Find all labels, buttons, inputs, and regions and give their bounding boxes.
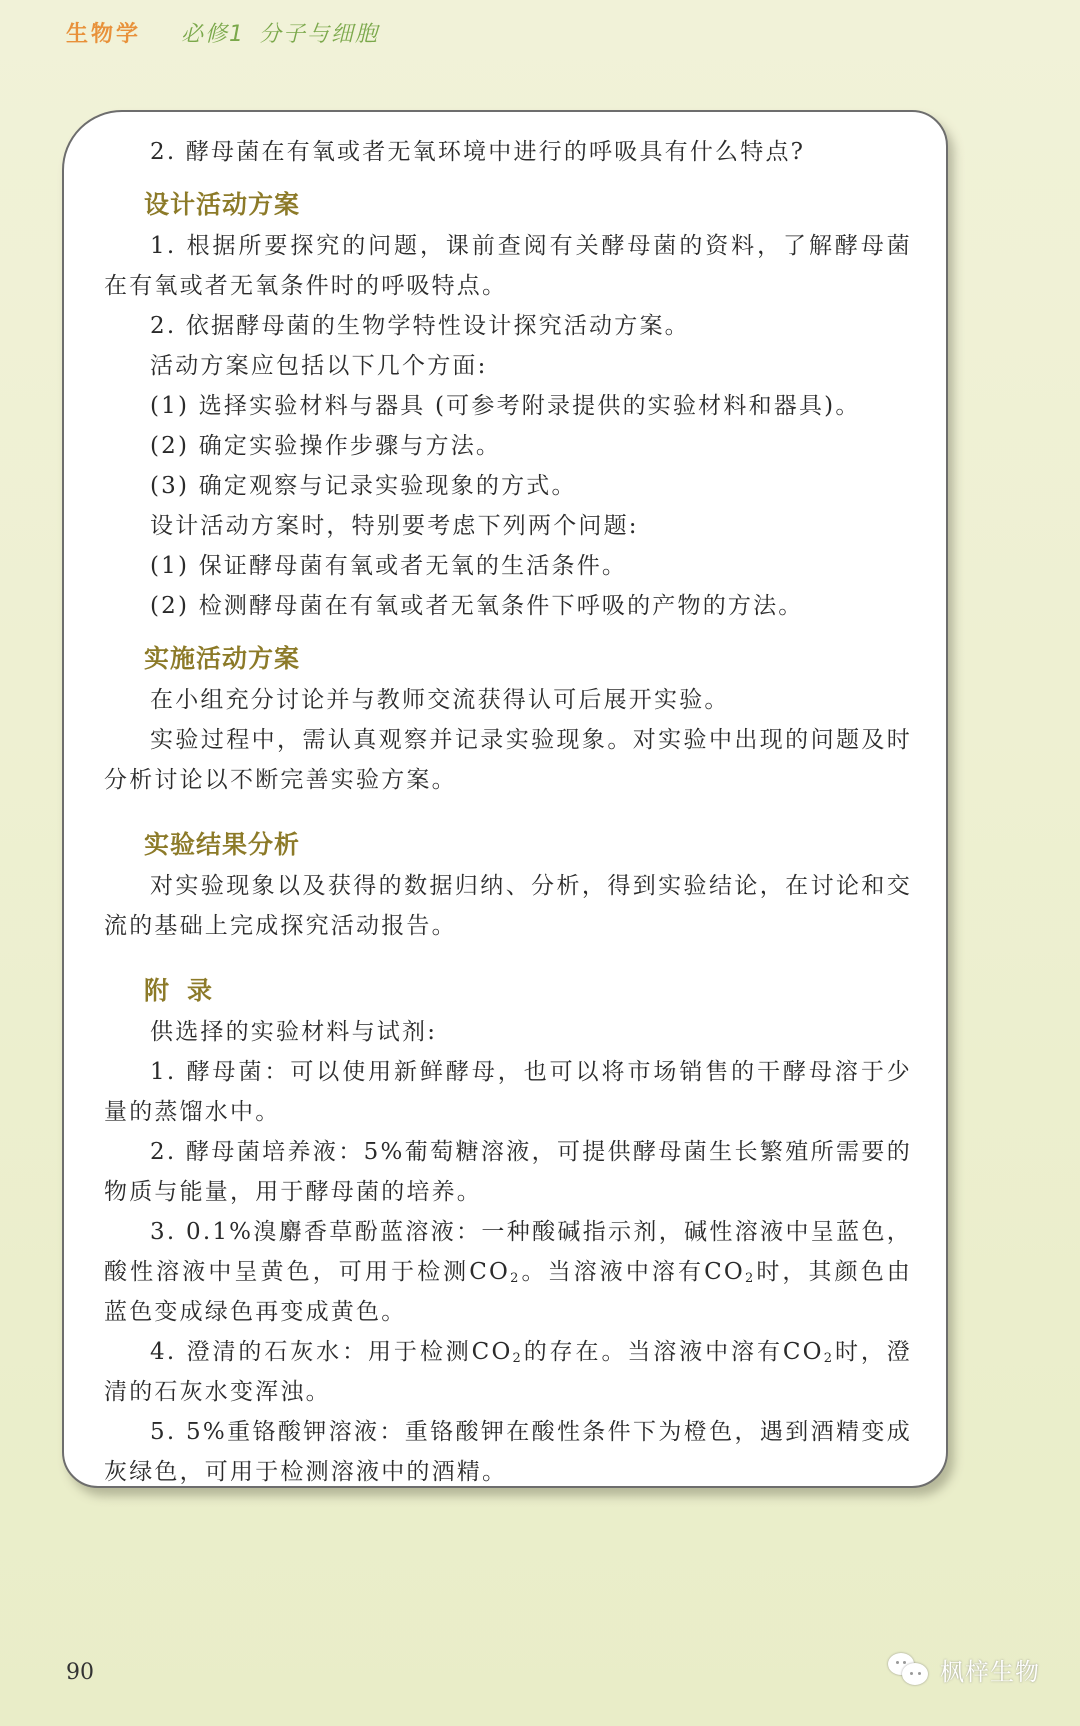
design-consideration-2: (2) 检测酵母菌在有氧或者无氧条件下呼吸的产物的方法。 [104, 586, 912, 626]
section-title-analysis: 实验结果分析 [144, 824, 912, 866]
appendix-intro: 供选择的实验材料与试剂: [104, 1012, 912, 1052]
page-content: 2. 酵母菌在有氧或者无氧环境中进行的呼吸具有什么特点? 设计活动方案 1. 根… [104, 132, 912, 1492]
design-step-2: 2. 依据酵母菌的生物学特性设计探究活动方案。 [104, 306, 912, 346]
section-title-implement: 实施活动方案 [144, 638, 912, 680]
header-subject: 生物学 [66, 17, 141, 48]
design-aspect-3: (3) 确定观察与记录实验现象的方式。 [104, 466, 912, 506]
design-consideration-1: (1) 保证酵母菌有氧或者无氧的生活条件。 [104, 546, 912, 586]
wechat-icon [888, 1653, 932, 1687]
design-considerations-intro: 设计活动方案时，特别要考虑下列两个问题: [104, 506, 912, 546]
design-step-1: 1. 根据所要探究的问题，课前查阅有关酵母菌的资料，了解酵母菌在有氧或者无氧条件… [104, 226, 912, 306]
intro-question-2: 2. 酵母菌在有氧或者无氧环境中进行的呼吸具有什么特点? [104, 132, 912, 172]
appendix-item-2: 2. 酵母菌培养液：5%葡萄糖溶液，可提供酵母菌生长繁殖所需要的物质与能量，用于… [104, 1132, 912, 1212]
section-title-appendix: 附录 [144, 970, 912, 1012]
analysis-para-1: 对实验现象以及获得的数据归纳、分析，得到实验结论，在讨论和交流的基础上完成探究活… [104, 866, 912, 946]
page-number: 90 [66, 1660, 94, 1685]
watermark: 枫梓生物 [888, 1652, 1040, 1687]
header-course: 必修1分子与细胞 [181, 17, 393, 48]
appendix-item-1: 1. 酵母菌：可以使用新鲜酵母，也可以将市场销售的干酵母溶于少量的蒸馏水中。 [104, 1052, 912, 1132]
design-aspect-2: (2) 确定实验操作步骤与方法。 [104, 426, 912, 466]
appendix-item-5: 5. 5%重铬酸钾溶液：重铬酸钾在酸性条件下为橙色，遇到酒精变成灰绿色，可用于检… [104, 1412, 912, 1492]
design-aspect-1: (1) 选择实验材料与器具 (可参考附录提供的实验材料和器具)。 [104, 386, 912, 426]
subscript: 2 [824, 1351, 834, 1366]
running-header: 生物学 必修1分子与细胞 [66, 12, 393, 52]
section-title-design: 设计活动方案 [144, 184, 912, 226]
design-aspects-intro: 活动方案应包括以下几个方面: [104, 346, 912, 386]
appendix-item-3: 3. 0.1%溴麝香草酚蓝溶液：一种酸碱指示剂，碱性溶液中呈蓝色，酸性溶液中呈黄… [104, 1212, 912, 1332]
subscript: 2 [513, 1351, 523, 1366]
subscript: 2 [745, 1271, 755, 1286]
appendix-item-4-part-b: 的存在。当溶液中溶有CO [523, 1339, 824, 1365]
spacer [104, 800, 912, 812]
appendix-item-4-part-a: 4. 澄清的石灰水：用于检测CO [150, 1339, 513, 1365]
watermark-text: 枫梓生物 [940, 1652, 1040, 1687]
course-number: 必修1 [181, 22, 245, 47]
implement-para-1: 在小组充分讨论并与教师交流获得认可后展开实验。 [104, 680, 912, 720]
appendix-item-4: 4. 澄清的石灰水：用于检测CO2的存在。当溶液中溶有CO2时，澄清的石灰水变浑… [104, 1332, 912, 1412]
course-title: 分子与细胞 [259, 22, 379, 47]
implement-para-2: 实验过程中，需认真观察并记录实验现象。对实验中出现的问题及时分析讨论以不断完善实… [104, 720, 912, 800]
appendix-item-3-part-b: 。当溶液中溶有CO [521, 1259, 745, 1285]
subscript: 2 [510, 1271, 520, 1286]
spacer [104, 946, 912, 958]
